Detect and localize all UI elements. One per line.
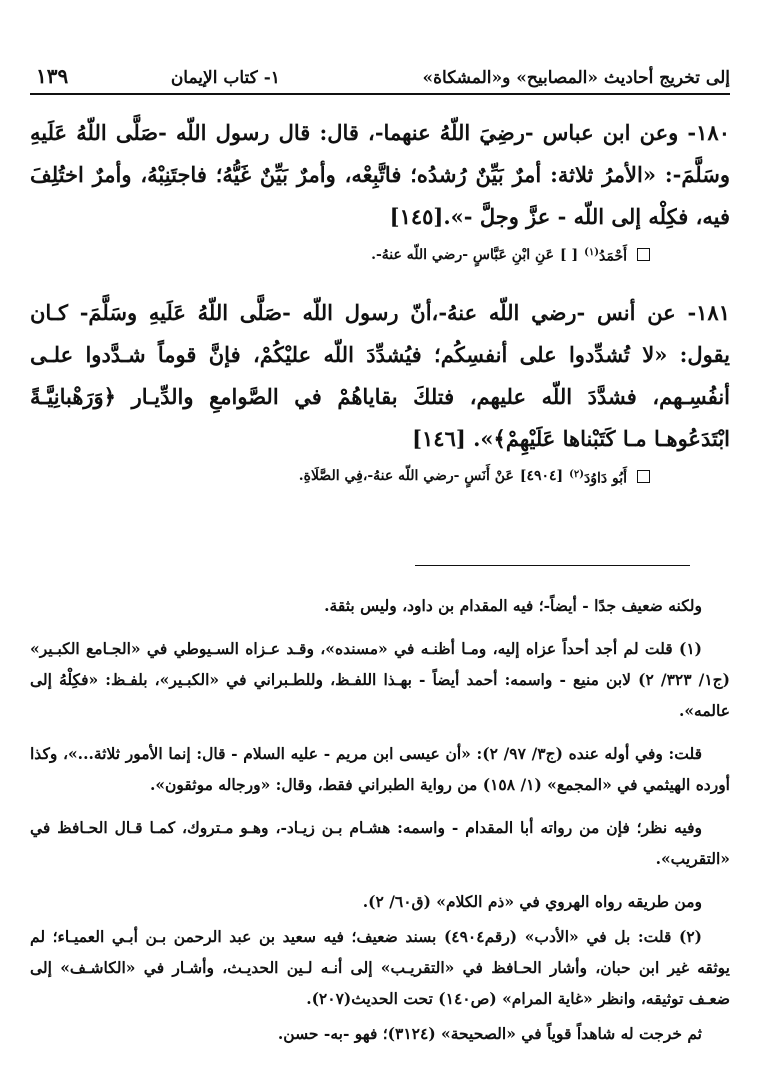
square-bullet-icon [637,248,650,261]
hadith-181: ١٨١- عن أنس -رضي اللّه عنهُ-،أنّ رسول ال… [30,292,730,460]
footnote-1: (١) قلت لم أجد أحداً عزاه إليه، ومـا أظن… [30,633,730,726]
footnote-2-note: ثم خرجت له شاهداً قوياً في «الصحيحة» (٣١… [30,1018,730,1049]
hadith-180: ١٨٠- وعن ابن عباس -رضِيَ اللّهُ عنهما-، … [30,112,730,238]
square-bullet-icon [637,470,650,483]
footnote-continuation: ولكنه ضعيف جدًا - أيضاً-؛ فيه المقدام بن… [30,590,730,621]
chapter-title: ١- كتاب الإيمان [68,68,422,88]
takhrij-180: أَحْمَدُ(١) [ ] عَنِ ابْنِ عَبَّاسٍ -رضي… [30,240,650,270]
main-text: ١٨٠- وعن ابن عباس -رضِيَ اللّهُ عنهما-، … [30,112,730,513]
takhrij-181: أَبُو دَاوُدَ(٢) [٤٩٠٤] عَنْ أَنَسٍ -رضي… [30,462,650,492]
takhrij-source: أَحْمَدُ(١) [584,240,627,270]
book-page: إلى تخريج أحاديث «المصابيح» و«المشكاة» ١… [30,0,730,1091]
header-divider [30,93,730,95]
footnote-1-critique: وفيه نظر؛ فإن من رواته أبا المقدام - واس… [30,812,730,874]
footnote-1-source: ومن طريقه رواه الهروي في «ذم الكلام» (ق٦… [30,886,730,917]
footnote-1-note: قلت: وفي أوله عنده (ج٣/ ٩٧/ ٢): «أن عيسى… [30,738,730,800]
footnote-ref[interactable]: (٢) [569,469,584,480]
takhrij-narrator: عَنِ ابْنِ عَبَّاسٍ -رضي اللّه عنهُ-. [371,242,554,268]
page-header: إلى تخريج أحاديث «المصابيح» و«المشكاة» ١… [30,54,730,88]
footnote-ref[interactable]: (١) [584,247,599,258]
footnote-2: (٢) قلت: بل في «الأدب» (رقم٤٩٠٤) بسند ضع… [30,921,730,1014]
footnotes: ولكنه ضعيف جدًا - أيضاً-؛ فيه المقدام بن… [30,590,730,1061]
takhrij-ref-number: [ ] [560,242,578,268]
footnote-divider [415,565,690,566]
takhrij-ref-number: [٤٩٠٤] [520,463,563,489]
running-title: إلى تخريج أحاديث «المصابيح» و«المشكاة» [422,68,730,88]
takhrij-narrator: عَنْ أَنَسٍ -رضي اللّه عنهُ-،فِي الصَّلَ… [299,463,514,489]
takhrij-source: أَبُو دَاوُدَ(٢) [569,462,627,492]
page-number: ١٣٩ [30,64,68,88]
